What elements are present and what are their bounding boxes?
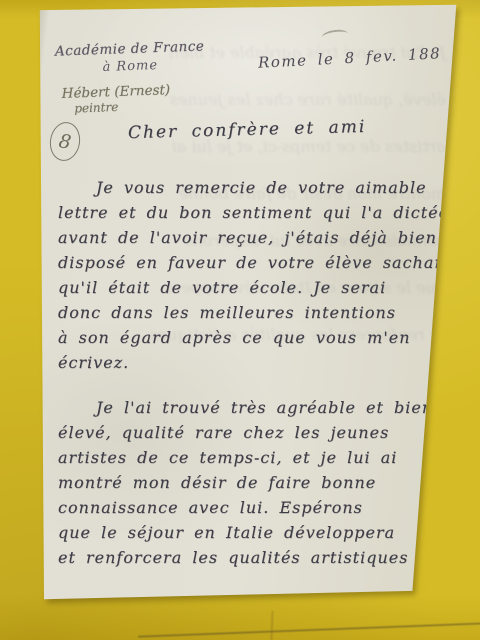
letter-line: que le séjour en Italie développera <box>58 520 456 545</box>
pencil-line-mark <box>138 622 480 637</box>
pencil-annotation: Hébert (Ernest) peintre <box>62 82 171 116</box>
annotation-title: peintre <box>74 98 171 115</box>
dateline: Rome le 8 fev. 188 <box>258 44 442 72</box>
letter-line: lettre et du bon sentiment qui l'a dicté… <box>58 200 456 225</box>
letter-line: à son égard après ce que vous m'en <box>58 325 456 350</box>
letter-line: écrivez. <box>58 350 456 375</box>
pencil-stroke-mark <box>321 28 348 43</box>
letter-sheet: Je l'ai trouvé très agréable et bienélev… <box>36 3 458 601</box>
letterhead: Académie de France à Rome <box>45 38 214 77</box>
page-number: 8 <box>57 130 72 154</box>
letter-line: et renforcera les qualités artistiques <box>58 545 456 570</box>
letter-line: avant de l'avoir reçue, j'étais déjà bie… <box>58 225 456 250</box>
salutation: Cher confrère et ami <box>128 117 367 143</box>
letter-line: élevé, qualité rare chez les jeunes <box>58 420 456 445</box>
letter-paragraph-2: Je l'ai trouvé très agréable et bienélev… <box>58 395 456 570</box>
letter-paragraph-1: Je vous remercie de votre aimablelettre … <box>58 175 456 375</box>
letter-line: montré mon désir de faire bonne <box>58 470 456 495</box>
letter-sheet-shadow: Je l'ai trouvé très agréable et bienélev… <box>36 3 458 601</box>
circled-page-number: 8 <box>47 120 83 163</box>
letter-line: Je vous remercie de votre aimable <box>58 175 456 200</box>
letter-line: Je l'ai trouvé très agréable et bien <box>58 395 456 420</box>
album-page-background: Je l'ai trouvé très agréable et bienélev… <box>0 0 480 640</box>
letterhead-line-2: à Rome <box>46 56 214 77</box>
letter-line: qu'il était de votre école. Je serai <box>58 275 456 300</box>
letter-line: connaissance avec lui. Espérons <box>58 495 456 520</box>
letter-line: artistes de ce temps-ci, et je lui ai <box>58 445 456 470</box>
paper-crease <box>270 611 273 640</box>
letter-line: disposé en faveur de votre élève sachant <box>58 250 456 275</box>
letter-line: donc dans les meilleures intentions <box>58 300 456 325</box>
